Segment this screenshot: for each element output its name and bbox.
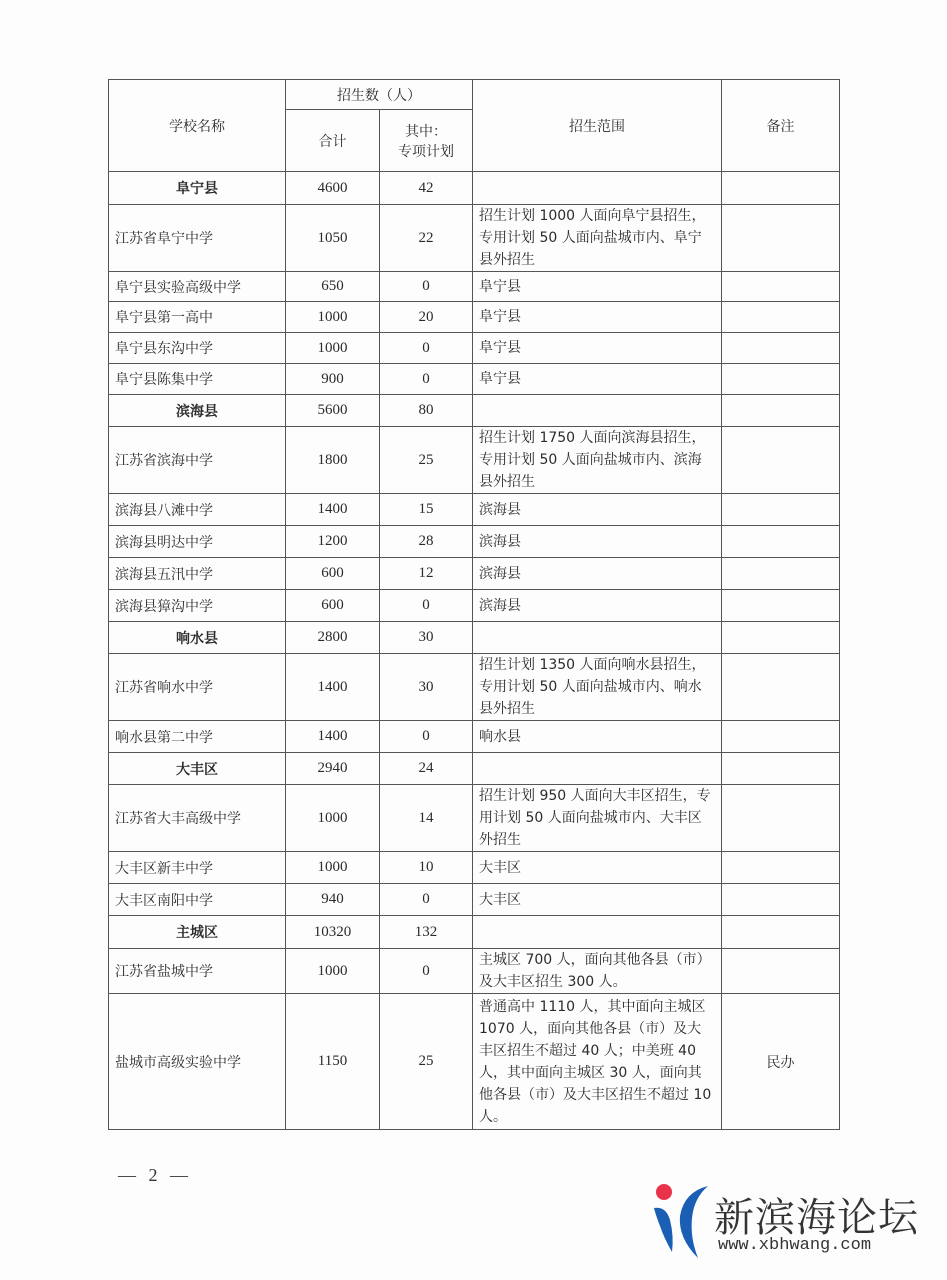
scope-cell: 招生计划 1000 人面向阜宁县招生，专用计划 50 人面向盐城市内、阜宁县外招… [473,205,722,272]
special-plan-cell: 24 [380,753,473,785]
total-cell: 600 [286,590,380,622]
total-cell: 940 [286,884,380,916]
school-name-cell: 大丰区新丰中学 [109,852,286,884]
school-name-cell: 滨海县 [109,395,286,427]
note-cell [722,333,840,364]
total-cell: 1000 [286,949,380,994]
total-cell: 1050 [286,205,380,272]
note-cell [722,852,840,884]
school-name-cell: 阜宁县 [109,172,286,205]
table-row: 江苏省滨海中学180025招生计划 1750 人面向滨海县招生，专用计划 50 … [109,427,840,494]
note-cell [722,427,840,494]
school-name-cell: 阜宁县实验高级中学 [109,272,286,302]
special-plan-cell: 0 [380,884,473,916]
school-name-cell: 盐城市高级实验中学 [109,994,286,1130]
table-row: 滨海县明达中学120028滨海县 [109,526,840,558]
total-cell: 1000 [286,852,380,884]
school-name-cell: 阜宁县东沟中学 [109,333,286,364]
school-name-cell: 主城区 [109,916,286,949]
scope-cell: 主城区 700 人，面向其他各县（市）及大丰区招生 300 人。 [473,949,722,994]
total-cell: 1800 [286,427,380,494]
total-cell: 1400 [286,494,380,526]
table-row: 阜宁县陈集中学9000阜宁县 [109,364,840,395]
scope-cell: 大丰区 [473,884,722,916]
total-cell: 1400 [286,721,380,753]
total-cell: 1400 [286,654,380,721]
table-row: 滨海县五汛中学60012滨海县 [109,558,840,590]
school-name-cell: 阜宁县第一高中 [109,302,286,333]
table-row: 江苏省大丰高级中学100014招生计划 950 人面向大丰区招生，专用计划 50… [109,785,840,852]
table-row: 盐城市高级实验中学115025普通高中 1110 人，其中面向主城区 1070 … [109,994,840,1130]
special-plan-cell: 22 [380,205,473,272]
scope-cell: 阜宁县 [473,364,722,395]
table-row: 响水县第二中学14000响水县 [109,721,840,753]
scope-cell: 阜宁县 [473,333,722,364]
table-row: 大丰区新丰中学100010大丰区 [109,852,840,884]
scope-cell: 阜宁县 [473,302,722,333]
scope-cell: 滨海县 [473,590,722,622]
note-cell [722,654,840,721]
note-cell [722,949,840,994]
table-row: 江苏省响水中学140030招生计划 1350 人面向响水县招生，专用计划 50 … [109,654,840,721]
note-cell [722,590,840,622]
school-name-cell: 滨海县明达中学 [109,526,286,558]
special-plan-cell: 28 [380,526,473,558]
watermark-logo: 新滨海论坛 www.xbhwang.com [650,1180,940,1260]
scope-cell: 普通高中 1110 人，其中面向主城区 1070 人，面向其他各县（市）及大丰区… [473,994,722,1130]
note-cell [722,884,840,916]
scope-cell: 响水县 [473,721,722,753]
special-plan-cell: 0 [380,721,473,753]
special-plan-cell: 10 [380,852,473,884]
header-note: 备注 [722,80,840,172]
header-school-name: 学校名称 [109,80,286,172]
special-plan-cell: 30 [380,622,473,654]
special-plan-cell: 0 [380,364,473,395]
table-row: 滨海县八滩中学140015滨海县 [109,494,840,526]
watermark-title: 新滨海论坛 [714,1186,919,1243]
scope-cell: 阜宁县 [473,272,722,302]
school-name-cell: 江苏省大丰高级中学 [109,785,286,852]
school-name-cell: 江苏省盐城中学 [109,949,286,994]
special-plan-cell: 42 [380,172,473,205]
total-cell: 2940 [286,753,380,785]
total-cell: 4600 [286,172,380,205]
scope-cell: 招生计划 950 人面向大丰区招生，专用计划 50 人面向盐城市内、大丰区外招生 [473,785,722,852]
header-special-line1: 其中： [386,121,466,141]
note-cell: 民办 [722,994,840,1130]
special-plan-cell: 132 [380,916,473,949]
school-name-cell: 江苏省响水中学 [109,654,286,721]
note-cell [722,721,840,753]
school-name-cell: 响水县第二中学 [109,721,286,753]
county-subtotal-row: 响水县280030 [109,622,840,654]
note-cell [722,622,840,654]
enrollment-plan-table: 学校名称 招生数（人） 招生范围 备注 合计 其中： 专项计划 阜宁县46004… [108,79,840,1130]
total-cell: 1150 [286,994,380,1130]
note-cell [722,364,840,395]
special-plan-cell: 25 [380,994,473,1130]
table-row: 江苏省盐城中学10000主城区 700 人，面向其他各县（市）及大丰区招生 30… [109,949,840,994]
watermark-url: www.xbhwang.com [718,1236,871,1255]
scope-cell: 招生计划 1350 人面向响水县招生，专用计划 50 人面向盐城市内、响水县外招… [473,654,722,721]
scope-cell [473,622,722,654]
table-row: 江苏省阜宁中学105022招生计划 1000 人面向阜宁县招生，专用计划 50 … [109,205,840,272]
scope-cell: 大丰区 [473,852,722,884]
total-cell: 1000 [286,302,380,333]
special-plan-cell: 12 [380,558,473,590]
header-special-plan: 其中： 专项计划 [380,110,473,172]
scope-cell: 滨海县 [473,558,722,590]
county-subtotal-row: 主城区10320132 [109,916,840,949]
special-plan-cell: 0 [380,333,473,364]
total-cell: 1000 [286,785,380,852]
county-subtotal-row: 滨海县560080 [109,395,840,427]
total-cell: 1000 [286,333,380,364]
note-cell [722,205,840,272]
scope-cell [473,172,722,205]
special-plan-cell: 0 [380,590,473,622]
note-cell [722,785,840,852]
header-total: 合计 [286,110,380,172]
total-cell: 1200 [286,526,380,558]
table-row: 阜宁县实验高级中学6500阜宁县 [109,272,840,302]
school-name-cell: 大丰区 [109,753,286,785]
school-name-cell: 阜宁县陈集中学 [109,364,286,395]
school-name-cell: 江苏省滨海中学 [109,427,286,494]
total-cell: 2800 [286,622,380,654]
special-plan-cell: 80 [380,395,473,427]
table-row: 大丰区南阳中学9400大丰区 [109,884,840,916]
special-plan-cell: 0 [380,272,473,302]
school-name-cell: 江苏省阜宁中学 [109,205,286,272]
note-cell [722,526,840,558]
school-name-cell: 滨海县五汛中学 [109,558,286,590]
total-cell: 10320 [286,916,380,949]
special-plan-cell: 20 [380,302,473,333]
header-scope: 招生范围 [473,80,722,172]
note-cell [722,494,840,526]
total-cell: 5600 [286,395,380,427]
school-name-cell: 大丰区南阳中学 [109,884,286,916]
special-plan-cell: 15 [380,494,473,526]
total-cell: 650 [286,272,380,302]
school-name-cell: 响水县 [109,622,286,654]
school-name-cell: 滨海县獐沟中学 [109,590,286,622]
page-number: — 2 — [118,1165,192,1186]
scope-cell [473,753,722,785]
note-cell [722,395,840,427]
note-cell [722,916,840,949]
special-plan-cell: 25 [380,427,473,494]
school-name-cell: 滨海县八滩中学 [109,494,286,526]
scope-cell: 滨海县 [473,526,722,558]
county-subtotal-row: 大丰区294024 [109,753,840,785]
table-row: 阜宁县东沟中学10000阜宁县 [109,333,840,364]
scope-cell [473,395,722,427]
scope-cell: 滨海县 [473,494,722,526]
note-cell [722,272,840,302]
header-enrollment: 招生数（人） [286,80,473,110]
total-cell: 600 [286,558,380,590]
forum-logo-icon [650,1180,714,1260]
table-row: 滨海县獐沟中学6000滨海县 [109,590,840,622]
table-body: 阜宁县460042江苏省阜宁中学105022招生计划 1000 人面向阜宁县招生… [109,172,840,1130]
note-cell [722,558,840,590]
note-cell [722,302,840,333]
total-cell: 900 [286,364,380,395]
table-row: 阜宁县第一高中100020阜宁县 [109,302,840,333]
header-special-line2: 专项计划 [386,141,466,161]
special-plan-cell: 14 [380,785,473,852]
scope-cell: 招生计划 1750 人面向滨海县招生，专用计划 50 人面向盐城市内、滨海县外招… [473,427,722,494]
special-plan-cell: 30 [380,654,473,721]
county-subtotal-row: 阜宁县460042 [109,172,840,205]
note-cell [722,172,840,205]
note-cell [722,753,840,785]
special-plan-cell: 0 [380,949,473,994]
scope-cell [473,916,722,949]
